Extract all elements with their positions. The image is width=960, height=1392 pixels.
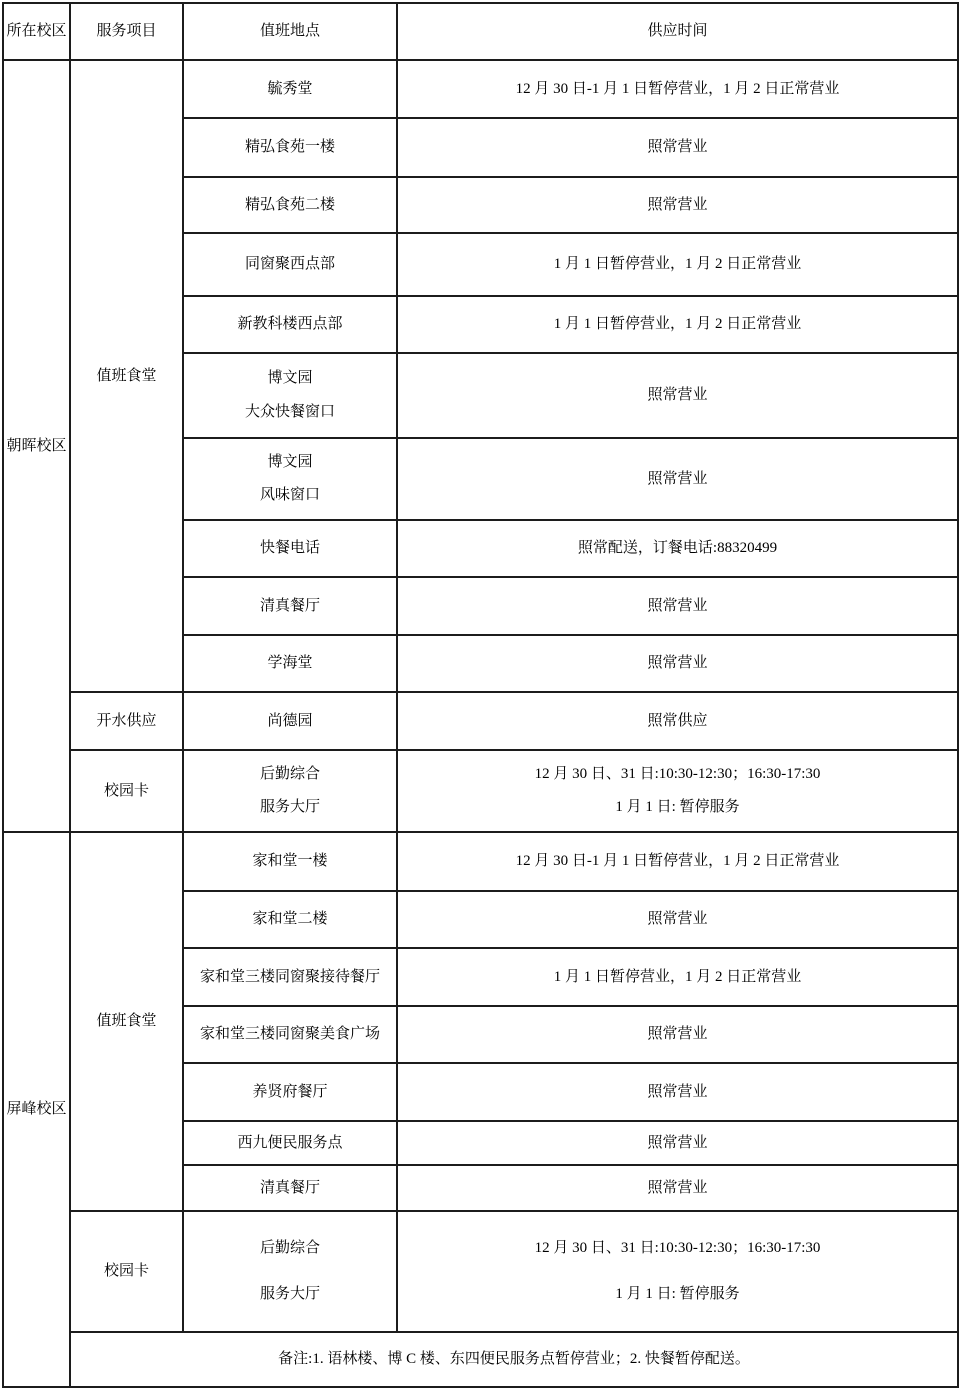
service-cell: 开水供应 xyxy=(70,692,183,750)
cell-line: 照常供应 xyxy=(647,711,707,732)
cell-line: 照常配送，订餐电话:88320499 xyxy=(578,538,777,559)
table-row: 屏峰校区值班食堂家和堂一楼12 月 30 日-1 月 1 日暂停营业，1 月 2… xyxy=(3,832,958,891)
cell-line: 12 月 30 日、31 日:10:30-12:30；16:30-17:30 xyxy=(535,1238,821,1259)
time-cell: 照常供应 xyxy=(397,692,958,750)
cell-line: 清真餐厅 xyxy=(260,596,320,617)
table-row: 校园卡后勤综合服务大厅12 月 30 日、31 日:10:30-12:30；16… xyxy=(3,750,958,832)
cell-line: 清真餐厅 xyxy=(260,1178,320,1199)
cell-line: 学海堂 xyxy=(267,653,312,674)
cell-line: 家和堂三楼同窗聚美食广场 xyxy=(200,1024,380,1045)
location-cell: 精弘食苑一楼 xyxy=(183,118,397,177)
time-cell: 1 月 1 日暂停营业，1 月 2 日正常营业 xyxy=(397,948,958,1006)
cell-line: 新教科楼西点部 xyxy=(237,314,342,335)
cell-line: 照常营业 xyxy=(647,909,707,930)
campus-cell: 屏峰校区 xyxy=(3,832,70,1387)
cell-line: 毓秀堂 xyxy=(267,79,312,100)
services-table: 所在校区 服务项目 值班地点 供应时间 朝晖校区值班食堂毓秀堂12 月 30 日… xyxy=(2,2,959,1388)
time-cell: 照常营业 xyxy=(397,891,958,948)
time-cell: 照常营业 xyxy=(397,353,958,438)
header-campus: 所在校区 xyxy=(3,3,70,60)
location-cell: 家和堂三楼同窗聚美食广场 xyxy=(183,1006,397,1063)
time-cell: 照常营业 xyxy=(397,177,958,233)
cell-line: 后勤综合 xyxy=(260,764,320,785)
location-cell: 后勤综合服务大厅 xyxy=(183,750,397,832)
time-cell: 照常配送，订餐电话:88320499 xyxy=(397,520,958,577)
table-row: 朝晖校区值班食堂毓秀堂12 月 30 日-1 月 1 日暂停营业，1 月 2 日… xyxy=(3,60,958,118)
time-cell: 照常营业 xyxy=(397,577,958,635)
cell-line: 照常营业 xyxy=(647,1024,707,1045)
location-cell: 博文园风味窗口 xyxy=(183,438,397,520)
cell-line: 1 月 1 日暂停营业，1 月 2 日正常营业 xyxy=(554,254,802,275)
location-cell: 家和堂二楼 xyxy=(183,891,397,948)
location-cell: 博文园大众快餐窗口 xyxy=(183,353,397,438)
location-cell: 清真餐厅 xyxy=(183,577,397,635)
table-row: 开水供应尚德园照常供应 xyxy=(3,692,958,750)
cell-line: 服务大厅 xyxy=(260,1284,320,1305)
location-cell: 家和堂一楼 xyxy=(183,832,397,891)
table-row: 校园卡后勤综合服务大厅12 月 30 日、31 日:10:30-12:30；16… xyxy=(3,1211,958,1332)
time-cell: 12 月 30 日-1 月 1 日暂停营业，1 月 2 日正常营业 xyxy=(397,60,958,118)
service-cell-label: 值班食堂 xyxy=(71,1011,182,1032)
time-cell: 1 月 1 日暂停营业，1 月 2 日正常营业 xyxy=(397,296,958,353)
cell-line: 养贤府餐厅 xyxy=(252,1082,327,1103)
cell-line: 服务大厅 xyxy=(260,797,320,818)
header-time: 供应时间 xyxy=(397,3,958,60)
location-cell: 清真餐厅 xyxy=(183,1165,397,1211)
cell-line: 12 月 30 日-1 月 1 日暂停营业，1 月 2 日正常营业 xyxy=(516,79,840,100)
header-location: 值班地点 xyxy=(183,3,397,60)
duty-schedule-page: 所在校区 服务项目 值班地点 供应时间 朝晖校区值班食堂毓秀堂12 月 30 日… xyxy=(0,0,960,1392)
service-cell-label: 值班食堂 xyxy=(71,366,182,387)
location-cell: 快餐电话 xyxy=(183,520,397,577)
note-cell: 备注:1. 语林楼、博 C 楼、东四便民服务点暂停营业；2. 快餐暂停配送。 xyxy=(70,1332,958,1387)
location-cell: 西九便民服务点 xyxy=(183,1121,397,1165)
location-cell: 家和堂三楼同窗聚接待餐厅 xyxy=(183,948,397,1006)
campus-cell: 朝晖校区 xyxy=(3,60,70,832)
cell-line: 家和堂三楼同窗聚接待餐厅 xyxy=(200,967,380,988)
time-cell: 照常营业 xyxy=(397,118,958,177)
time-cell: 12 月 30 日-1 月 1 日暂停营业，1 月 2 日正常营业 xyxy=(397,832,958,891)
cell-line: 1 月 1 日暂停营业，1 月 2 日正常营业 xyxy=(554,967,802,988)
campus-cell-label: 屏峰校区 xyxy=(4,1099,69,1120)
cell-line: 1 月 1 日: 暂停服务 xyxy=(615,797,739,818)
location-cell: 养贤府餐厅 xyxy=(183,1063,397,1121)
location-cell: 新教科楼西点部 xyxy=(183,296,397,353)
service-cell-label: 校园卡 xyxy=(71,781,182,802)
campus-cell-label: 朝晖校区 xyxy=(4,436,69,457)
time-cell: 照常营业 xyxy=(397,1165,958,1211)
header-row: 所在校区 服务项目 值班地点 供应时间 xyxy=(3,3,958,60)
time-cell: 照常营业 xyxy=(397,1063,958,1121)
cell-line: 后勤综合 xyxy=(260,1238,320,1259)
cell-line: 家和堂一楼 xyxy=(252,851,327,872)
cell-line: 精弘食苑二楼 xyxy=(245,195,335,216)
cell-line: 照常营业 xyxy=(647,195,707,216)
location-cell: 精弘食苑二楼 xyxy=(183,177,397,233)
location-cell: 尚德园 xyxy=(183,692,397,750)
cell-line: 西九便民服务点 xyxy=(237,1133,342,1154)
table-body: 朝晖校区值班食堂毓秀堂12 月 30 日-1 月 1 日暂停营业，1 月 2 日… xyxy=(3,60,958,1387)
cell-line: 大众快餐窗口 xyxy=(245,402,335,423)
cell-line: 1 月 1 日: 暂停服务 xyxy=(615,1284,739,1305)
note-row: 备注:1. 语林楼、博 C 楼、东四便民服务点暂停营业；2. 快餐暂停配送。 xyxy=(3,1332,958,1387)
cell-line: 照常营业 xyxy=(647,596,707,617)
service-cell: 值班食堂 xyxy=(70,832,183,1211)
cell-line: 照常营业 xyxy=(647,137,707,158)
cell-line: 照常营业 xyxy=(647,1133,707,1154)
location-cell: 同窗聚西点部 xyxy=(183,233,397,296)
cell-line: 照常营业 xyxy=(647,1178,707,1199)
header-service: 服务项目 xyxy=(70,3,183,60)
cell-line: 12 月 30 日-1 月 1 日暂停营业，1 月 2 日正常营业 xyxy=(516,851,840,872)
cell-line: 尚德园 xyxy=(267,711,312,732)
time-cell: 照常营业 xyxy=(397,438,958,520)
location-cell: 后勤综合服务大厅 xyxy=(183,1211,397,1332)
service-cell-label: 校园卡 xyxy=(71,1261,182,1282)
time-cell: 12 月 30 日、31 日:10:30-12:30；16:30-17:301 … xyxy=(397,1211,958,1332)
cell-line: 照常营业 xyxy=(647,469,707,490)
cell-line: 同窗聚西点部 xyxy=(245,254,335,275)
location-cell: 学海堂 xyxy=(183,635,397,692)
service-cell: 校园卡 xyxy=(70,1211,183,1332)
cell-line: 照常营业 xyxy=(647,1082,707,1103)
location-cell: 毓秀堂 xyxy=(183,60,397,118)
service-cell-label: 开水供应 xyxy=(71,711,182,732)
time-cell: 照常营业 xyxy=(397,635,958,692)
cell-line: 照常营业 xyxy=(647,385,707,406)
cell-line: 博文园 xyxy=(267,368,312,389)
time-cell: 照常营业 xyxy=(397,1006,958,1063)
time-cell: 照常营业 xyxy=(397,1121,958,1165)
cell-line: 1 月 1 日暂停营业，1 月 2 日正常营业 xyxy=(554,314,802,335)
cell-line: 家和堂二楼 xyxy=(252,909,327,930)
cell-line: 照常营业 xyxy=(647,653,707,674)
cell-line: 快餐电话 xyxy=(260,538,320,559)
cell-line: 博文园 xyxy=(267,452,312,473)
cell-line: 12 月 30 日、31 日:10:30-12:30；16:30-17:30 xyxy=(535,764,821,785)
service-cell: 值班食堂 xyxy=(70,60,183,692)
service-cell: 校园卡 xyxy=(70,750,183,832)
cell-line: 精弘食苑一楼 xyxy=(245,137,335,158)
cell-line: 风味窗口 xyxy=(260,485,320,506)
time-cell: 12 月 30 日、31 日:10:30-12:30；16:30-17:301 … xyxy=(397,750,958,832)
time-cell: 1 月 1 日暂停营业，1 月 2 日正常营业 xyxy=(397,233,958,296)
